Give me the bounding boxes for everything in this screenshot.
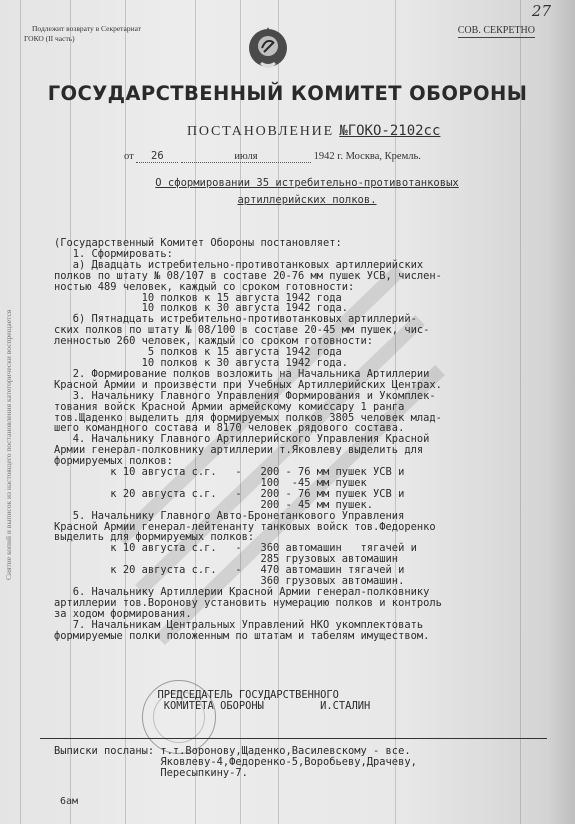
date-place: г. Москва, Кремль. xyxy=(337,151,421,162)
body-line: тования войск Красной Армии армейскому к… xyxy=(54,402,569,413)
body-line: формируемые полки положенным по штатам и… xyxy=(54,631,569,642)
classification-stamp: СОВ. СЕКРЕТНО xyxy=(458,25,535,38)
distribution-line: Пересыпкину-7. xyxy=(54,768,417,779)
return-note-line: ГОКО (II часть) xyxy=(24,34,141,44)
subject-line: О сформировании 35 истребительно-противо… xyxy=(155,177,458,189)
decree-number: №ГОКО-2102сс xyxy=(339,123,440,139)
margin-note: Снятие копий и выписок из настоящего пос… xyxy=(4,310,13,580)
committee-title: ГОСУДАРСТВЕННЫЙ КОМИТЕТ ОБОРОНЫ xyxy=(0,82,575,105)
date-day: 26 xyxy=(136,150,178,163)
date-year: 1942 xyxy=(314,151,335,162)
decree-label: ПОСТАНОВЛЕНИЕ xyxy=(187,124,334,139)
decree-subject: О сформировании 35 истребительно-противо… xyxy=(102,175,512,209)
ussr-coat-of-arms-icon xyxy=(246,26,290,74)
return-note-line: Подлежит возврату в Секретариат xyxy=(24,24,141,34)
date-month: июля xyxy=(181,151,311,163)
typist-mark: 6ам xyxy=(60,796,78,807)
decree-body: (Государственный Комитет Обороны постано… xyxy=(54,238,569,642)
body-line: полков по штату № 08/107 в составе 20-76… xyxy=(54,271,569,282)
scan-line xyxy=(20,0,21,824)
body-line: 5. Начальнику Главного Авто-Бронетанково… xyxy=(54,511,569,522)
date-prefix: от xyxy=(124,151,134,162)
document-page: 27 Подлежит возврату в Секретариат ГОКО … xyxy=(0,0,575,824)
divider xyxy=(40,738,547,739)
body-line: ностью 489 человек, каждый со сроком гот… xyxy=(54,282,569,293)
body-line: 7. Начальникам Центральных Управлений НК… xyxy=(54,620,569,631)
decree-title: ПОСТАНОВЛЕНИЕ №ГОКО-2102сс xyxy=(187,123,440,140)
distribution-list: Выписки посланы: т.т.Воронову,Щаденко,Ва… xyxy=(54,746,417,779)
body-line: 3. Начальнику Главного Управления Формир… xyxy=(54,391,569,402)
date-line: от 26 июля 1942 г. Москва, Кремль. xyxy=(124,150,421,163)
return-note: Подлежит возврату в Секретариат ГОКО (II… xyxy=(24,24,141,44)
signature-line: КОМИТЕТА ОБОРОНЫ И.СТАЛИН xyxy=(145,701,370,712)
subject-line: артиллерийских полков. xyxy=(237,194,376,206)
signature-block: ПРЕДСЕДАТЕЛЬ ГОСУДАРСТВЕННОГО КОМИТЕТА О… xyxy=(145,690,370,712)
page-number: 27 xyxy=(532,2,551,20)
